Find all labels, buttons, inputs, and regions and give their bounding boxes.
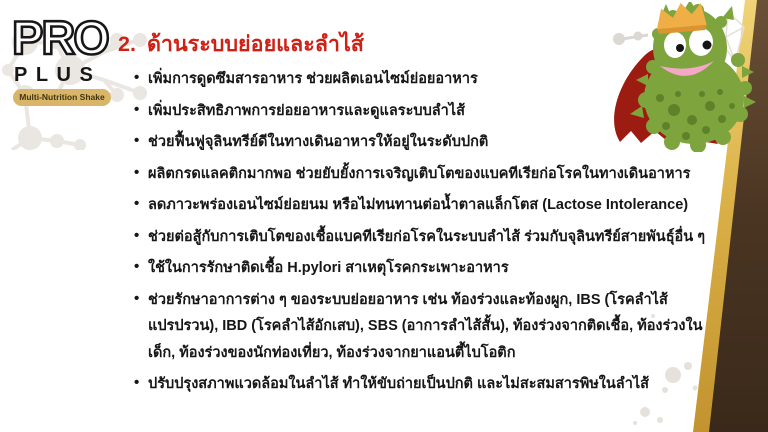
benefit-text: ช่วยต่อสู้กับการเติบโตของเชื้อแบคทีเรียก… bbox=[148, 229, 705, 245]
benefit-text: ผลิตกรดแลคติกมากพอ ช่วยยับยั้งการเจริญเต… bbox=[148, 166, 690, 182]
benefit-text: ใช้ในการรักษาติดเชื้อ H.pylori สาเหตุโรค… bbox=[148, 260, 509, 276]
logo-line2: PLUS bbox=[14, 64, 120, 86]
benefit-item: เพิ่มประสิทธิภาพการย่อยอาหารและดูแลระบบล… bbox=[134, 98, 708, 125]
page-title: 2.ด้านระบบย่อยและลำไส้ bbox=[118, 27, 364, 61]
benefit-item: ลดภาวะพร่องเอนไซม์ย่อยนม หรือไม่ทนทานต่อ… bbox=[134, 192, 708, 219]
benefit-item: ช่วยต่อสู้กับการเติบโตของเชื้อแบคทีเรียก… bbox=[134, 224, 708, 251]
benefit-text: เพิ่มการดูดซึมสารอาหาร ช่วยผลิตเอนไซม์ย่… bbox=[148, 71, 478, 87]
logo-line1: PRO bbox=[12, 12, 120, 64]
heading-text: ด้านระบบย่อยและลำไส้ bbox=[147, 32, 364, 56]
benefit-item: ผลิตกรดแลคติกมากพอ ช่วยยับยั้งการเจริญเต… bbox=[134, 161, 708, 188]
benefit-item: เพิ่มการดูดซึมสารอาหาร ช่วยผลิตเอนไซม์ย่… bbox=[134, 66, 708, 93]
benefit-list: เพิ่มการดูดซึมสารอาหาร ช่วยผลิตเอนไซม์ย่… bbox=[134, 66, 708, 403]
benefit-text: เพิ่มประสิทธิภาพการย่อยอาหารและดูแลระบบล… bbox=[148, 103, 465, 119]
benefit-text: ช่วยฟื้นฟูจุลินทรีย์ดีในทางเดินอาหารให้อ… bbox=[148, 134, 488, 150]
benefit-item: ใช้ในการรักษาติดเชื้อ H.pylori สาเหตุโรค… bbox=[134, 255, 708, 282]
benefit-item: ปรับปรุงสภาพแวดล้อมในลำไส้ ทำให้ขับถ่ายเ… bbox=[134, 371, 708, 398]
benefit-text: ลดภาวะพร่องเอนไซม์ย่อยนม หรือไม่ทนทานต่อ… bbox=[148, 197, 688, 213]
benefit-text: ปรับปรุงสภาพแวดล้อมในลำไส้ ทำให้ขับถ่ายเ… bbox=[148, 376, 649, 392]
heading-number: 2. bbox=[118, 32, 136, 56]
benefit-text: ช่วยรักษาอาการต่าง ๆ ของระบบย่อยอาหาร เช… bbox=[148, 292, 703, 361]
benefit-item: ช่วยรักษาอาการต่าง ๆ ของระบบย่อยอาหาร เช… bbox=[134, 287, 708, 367]
logo-badge: Multi-Nutrition Shake bbox=[13, 89, 111, 106]
pro-plus-logo: PRO PLUS Multi-Nutrition Shake bbox=[10, 12, 120, 106]
slide: PRO PLUS Multi-Nutrition Shake 2.ด้านระบ… bbox=[0, 0, 768, 432]
benefit-item: ช่วยฟื้นฟูจุลินทรีย์ดีในทางเดินอาหารให้อ… bbox=[134, 129, 708, 156]
